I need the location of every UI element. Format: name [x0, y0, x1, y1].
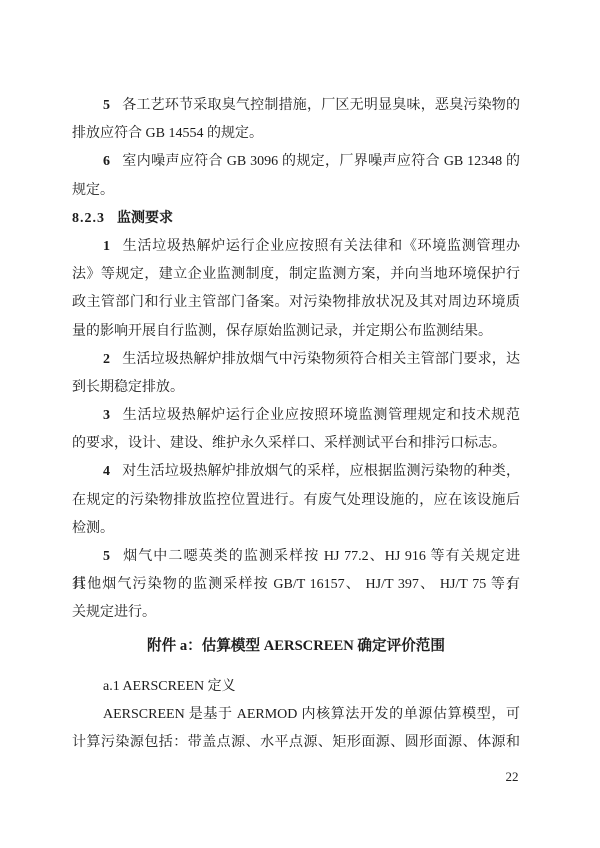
- item-number: 4: [103, 464, 111, 479]
- item-5-odor-line-2: 排放应符合 GB 14554 的规定。: [72, 120, 520, 148]
- appendix-paragraph-line-2: 计算污染源包括：带盖点源、水平点源、矩形面源、圆形面源、体源和: [72, 729, 520, 757]
- item-3-sampling-port-line-1: 3生活垃圾热解炉运行企业应按照环境监测管理规定和技术规范: [72, 402, 520, 430]
- item-1-monitoring-line-2: 法》等规定，建立企业监测制度，制定监测方案，并向当地环境保护行: [72, 261, 520, 289]
- item-number: 2: [103, 352, 111, 367]
- item-text: 各工艺环节采取臭气控制措施，厂区无明显臭味，恶臭污染物的: [122, 98, 520, 113]
- section-title: 监测要求: [117, 211, 173, 226]
- item-text: 生活垃圾热解炉运行企业应按照有关法律和《环境监测管理办: [122, 239, 520, 254]
- item-5-dioxin-line-3: 关规定进行。: [72, 599, 520, 627]
- item-4-sampling-line-1: 4对生活垃圾热解炉排放烟气的采样，应根据监测污染物的种类，: [72, 458, 520, 486]
- item-number: 6: [103, 154, 111, 169]
- section-number: 8.2.3: [72, 211, 105, 226]
- item-number: 3: [103, 408, 111, 423]
- item-number: 1: [103, 239, 111, 254]
- item-text: 生活垃圾热解炉排放烟气中污染物须符合相关主管部门要求，达: [122, 352, 520, 367]
- item-text: 对生活垃圾热解炉排放烟气的采样，应根据监测污染物的种类，: [122, 464, 520, 479]
- item-5-dioxin-line-2: 其他烟气污染物的监测采样按 GB/T 16157、 HJ/T 397、 HJ/T…: [72, 571, 520, 599]
- item-text: 生活垃圾热解炉运行企业应按照环境监测管理规定和技术规范: [122, 408, 520, 423]
- appendix-paragraph-line-1: AERSCREEN 是基于 AERMOD 内核算法开发的单源估算模型，可: [72, 701, 520, 729]
- item-4-sampling-line-2: 在规定的污染物排放监控位置进行。有废气处理设施的，应在该设施后: [72, 487, 520, 515]
- item-2-fluegas-line-2: 到长期稳定排放。: [72, 374, 520, 402]
- document-content: 5各工艺环节采取臭气控制措施，厂区无明显臭味，恶臭污染物的 排放应符合 GB 1…: [72, 92, 520, 757]
- appendix-section-heading: a.1 AERSCREEN 定义: [72, 673, 520, 701]
- appendix-title: 附件 a：估算模型 AERSCREEN 确定评价范围: [72, 632, 520, 660]
- item-5-odor-line-1: 5各工艺环节采取臭气控制措施，厂区无明显臭味，恶臭污染物的: [72, 92, 520, 120]
- section-heading-8-2-3: 8.2.3监测要求: [72, 205, 520, 233]
- item-1-monitoring-line-3: 政主管部门和行业主管部门备案。对污染物排放状况及其对周边环境质: [72, 289, 520, 317]
- item-number: 5: [103, 98, 111, 113]
- item-6-noise-line-2: 规定。: [72, 177, 520, 205]
- item-1-monitoring-line-1: 1生活垃圾热解炉运行企业应按照有关法律和《环境监测管理办: [72, 233, 520, 261]
- item-6-noise-line-1: 6室内噪声应符合 GB 3096 的规定，厂界噪声应符合 GB 12348 的: [72, 148, 520, 176]
- item-5-dioxin-line-1: 5烟气中二噁英类的监测采样按 HJ 77.2、HJ 916 等有关规定进行；: [72, 543, 520, 571]
- page-number: 22: [497, 769, 527, 785]
- item-2-fluegas-line-1: 2生活垃圾热解炉排放烟气中污染物须符合相关主管部门要求，达: [72, 346, 520, 374]
- item-text: 室内噪声应符合 GB 3096 的规定，厂界噪声应符合 GB 12348 的: [122, 154, 520, 169]
- item-number: 5: [103, 549, 111, 564]
- item-3-sampling-port-line-2: 的要求，设计、建设、维护永久采样口、采样测试平台和排污口标志。: [72, 430, 520, 458]
- item-4-sampling-line-3: 检测。: [72, 515, 520, 543]
- document-page: 5各工艺环节采取臭气控制措施，厂区无明显臭味，恶臭污染物的 排放应符合 GB 1…: [0, 0, 600, 848]
- item-1-monitoring-line-4: 量的影响开展自行监测，保存原始监测记录，并定期公布监测结果。: [72, 318, 520, 346]
